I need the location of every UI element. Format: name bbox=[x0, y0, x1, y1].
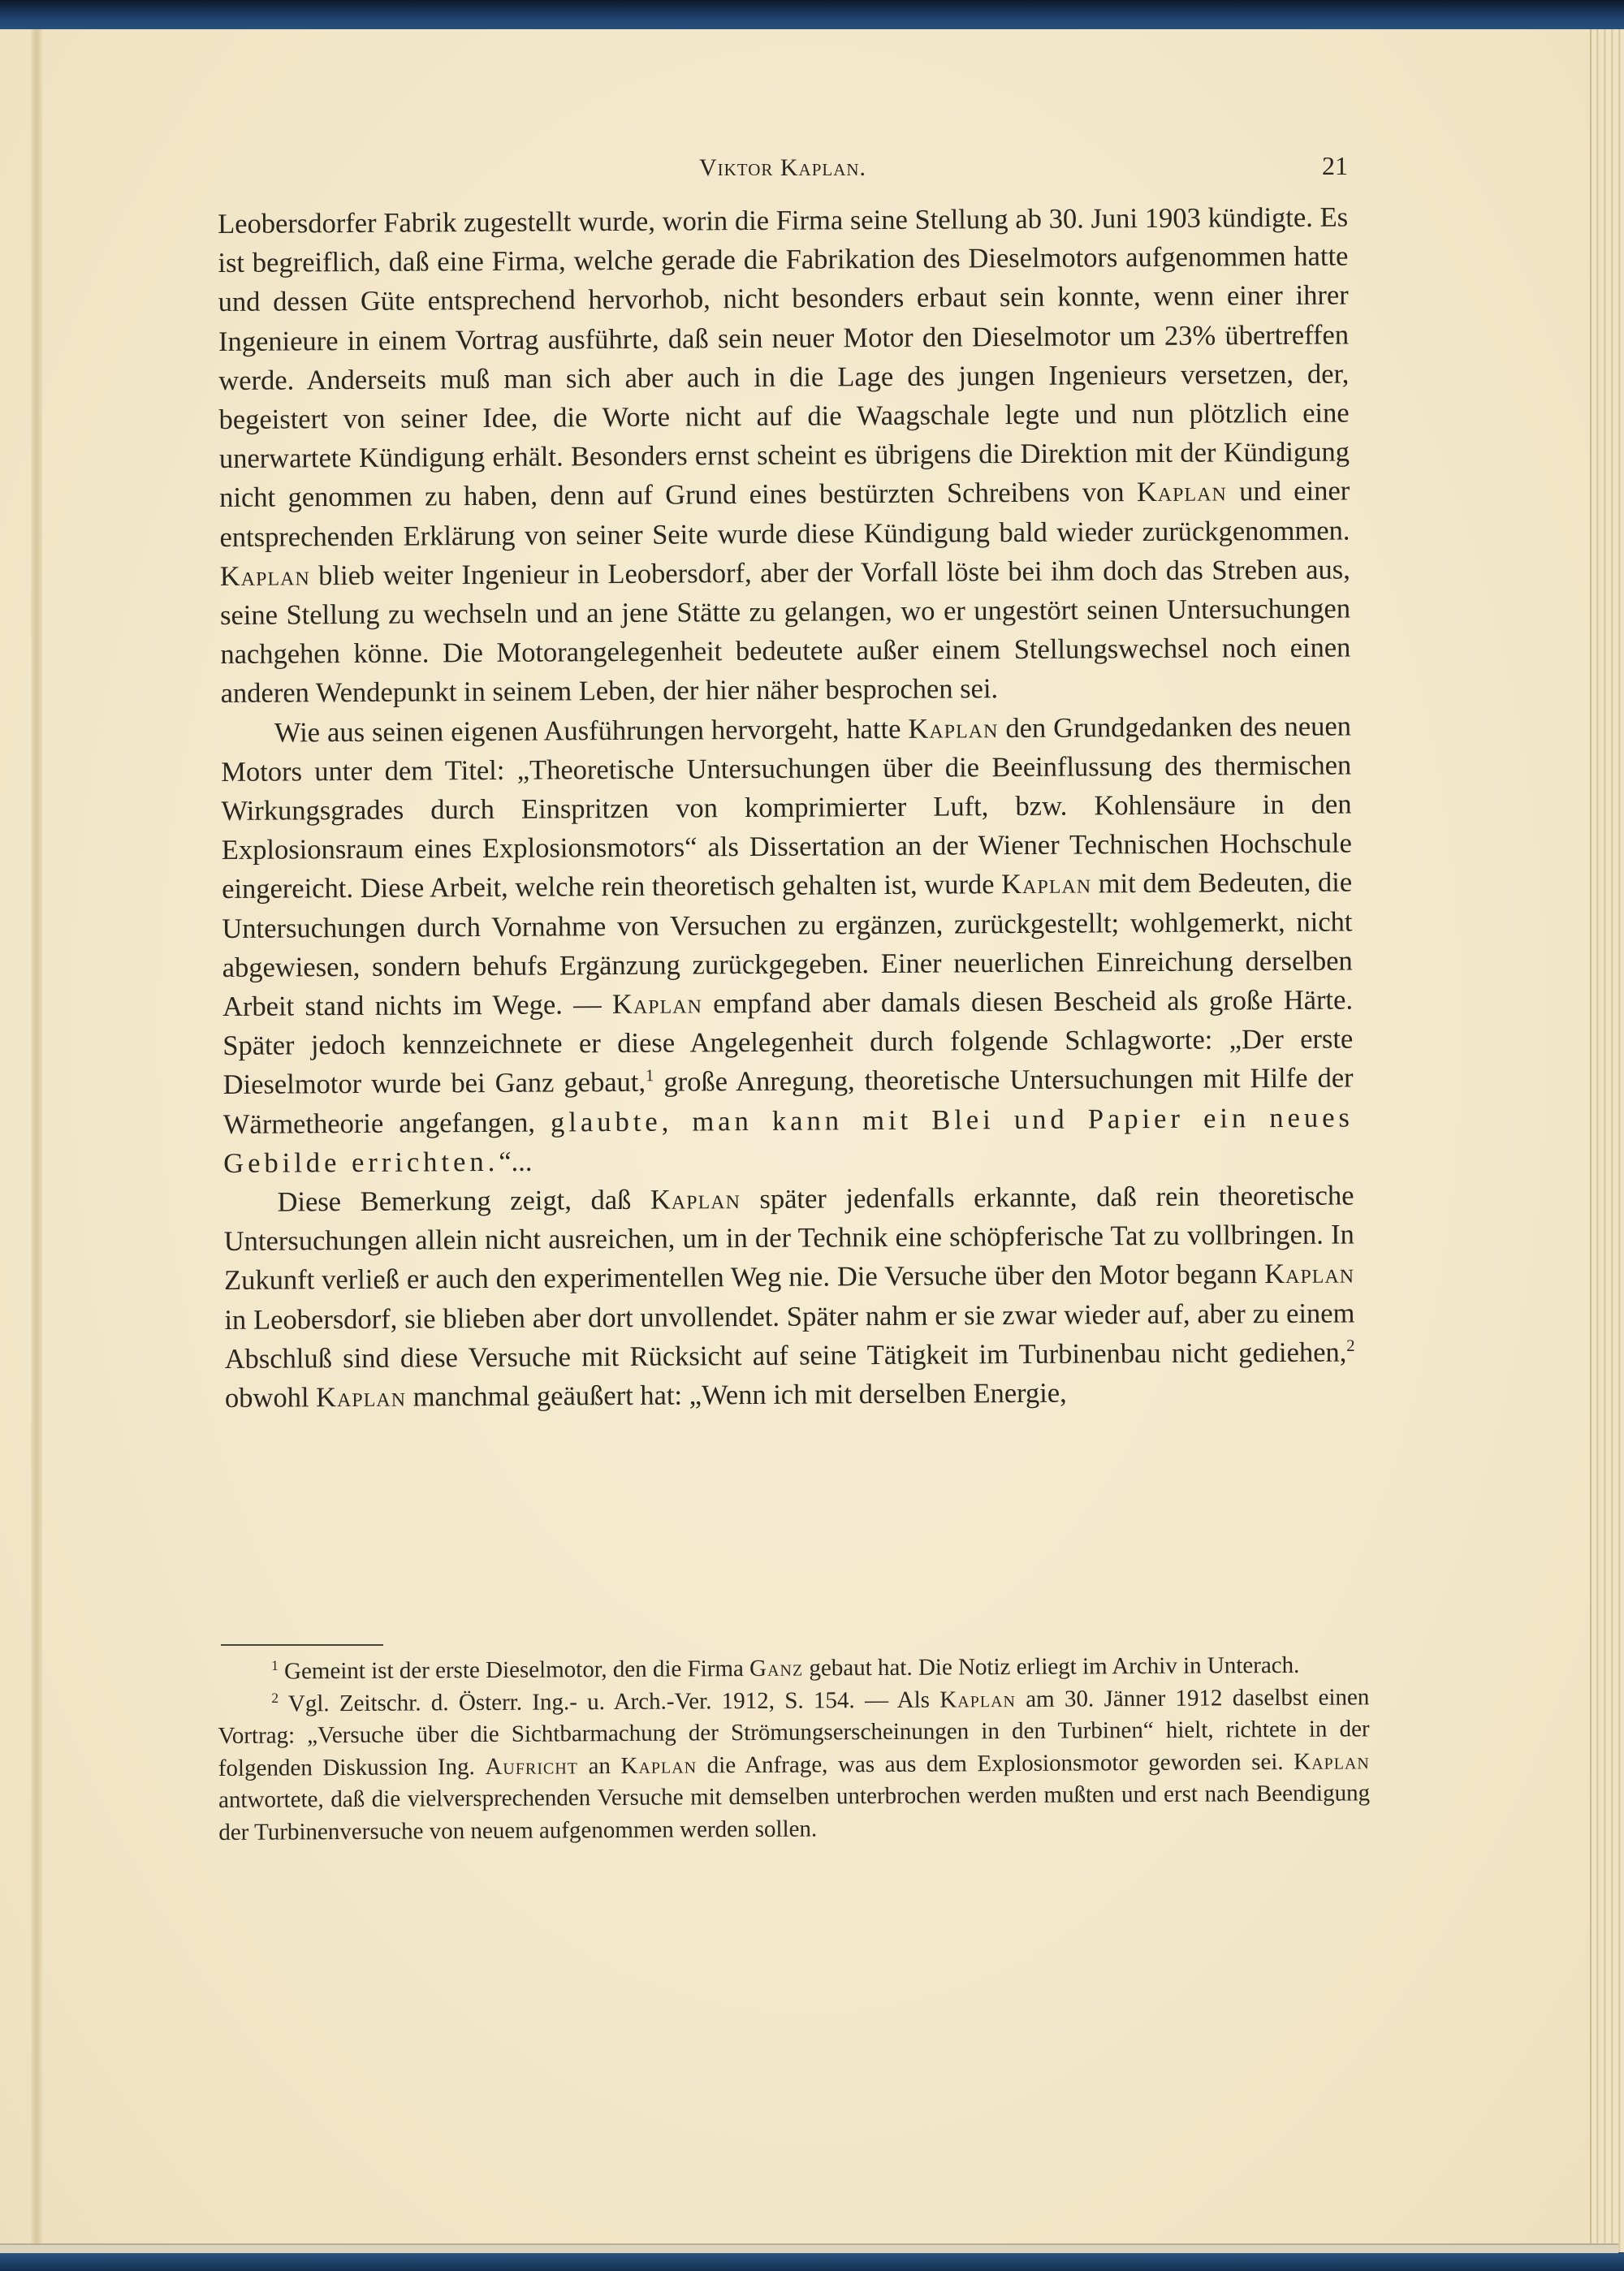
text-run: blieb weiter Ingenieur in Leobersdorf, a… bbox=[220, 554, 1351, 709]
footnote-divider bbox=[221, 1644, 383, 1646]
name-kaplan: Kaplan bbox=[220, 560, 310, 592]
text-run: Gemeint ist der erste Dieselmotor, den d… bbox=[279, 1656, 749, 1685]
book-cover-bottom bbox=[0, 2253, 1624, 2271]
footnote-2: 2 Vgl. Zeitschr. d. Österr. Ing.- u. Arc… bbox=[218, 1682, 1370, 1849]
text-run: Vgl. Zeitschr. d. Österr. Ing.- u. Arch.… bbox=[279, 1686, 939, 1716]
book-cover-top bbox=[0, 0, 1624, 32]
name-kaplan: Kaplan bbox=[650, 1184, 741, 1215]
paragraph-2: Wie aus seinen eigenen Ausführungen herv… bbox=[221, 706, 1354, 1183]
name-kaplan: Kaplan bbox=[316, 1382, 406, 1414]
page-gutter bbox=[31, 29, 42, 2252]
page-number: 21 bbox=[1322, 151, 1348, 181]
paragraph-1: Leobersdorfer Fabrik zugestellt wurde, w… bbox=[218, 197, 1351, 713]
name-kaplan: Kaplan bbox=[1294, 1748, 1370, 1775]
name-ganz: Ganz bbox=[749, 1656, 803, 1682]
page-header: Viktor Kaplan. 21 bbox=[218, 154, 1348, 195]
footnote-number: 1 bbox=[271, 1657, 279, 1673]
footnotes: 1 Gemeint ist der erste Dieselmotor, den… bbox=[218, 1649, 1370, 1849]
name-kaplan: Kaplan bbox=[939, 1686, 1016, 1712]
name-kaplan: Kaplan bbox=[908, 713, 998, 745]
text-run: antwortete, daß die vielversprechenden V… bbox=[218, 1780, 1370, 1845]
paragraph-3: Diese Bemerkung zeigt, daß Kaplan später… bbox=[223, 1177, 1355, 1418]
name-kaplan: Kaplan bbox=[1264, 1259, 1354, 1290]
text-run: manchmal geäußert hat: „Wenn ich mit der… bbox=[406, 1378, 1067, 1413]
running-head: Viktor Kaplan. bbox=[218, 154, 1348, 182]
text-run: Wie aus seinen eigenen Ausführungen herv… bbox=[274, 713, 909, 748]
body-text: Leobersdorfer Fabrik zugestellt wurde, w… bbox=[218, 197, 1355, 1418]
page-bottom-edge bbox=[0, 2243, 1618, 2253]
text-run: Leobersdorfer Fabrik zugestellt wurde, w… bbox=[218, 201, 1350, 513]
name-aufricht: Aufricht bbox=[485, 1753, 578, 1780]
text-run: in Leobersdorf, sie blieben aber dort un… bbox=[224, 1297, 1354, 1375]
text-run: obwohl bbox=[225, 1382, 316, 1414]
text-run: die Anfrage, was aus dem Explosionsmotor… bbox=[697, 1748, 1294, 1777]
footnote-ref-2[interactable]: 2 bbox=[1346, 1337, 1354, 1355]
footnote-number: 2 bbox=[271, 1689, 279, 1705]
text-run: “... bbox=[499, 1146, 532, 1177]
name-kaplan: Kaplan bbox=[612, 988, 702, 1020]
text-run: Diese Bemerkung zeigt, daß bbox=[277, 1185, 650, 1218]
text-run: an bbox=[578, 1752, 621, 1778]
page-edge-stack bbox=[1590, 29, 1624, 2252]
name-kaplan: Kaplan bbox=[620, 1752, 697, 1779]
name-kaplan: Kaplan bbox=[1001, 869, 1091, 900]
text-run: gebaut hat. Die Notiz erliegt im Archiv … bbox=[803, 1652, 1299, 1682]
name-kaplan: Kaplan bbox=[1137, 477, 1227, 508]
footnote-ref-1[interactable]: 1 bbox=[646, 1068, 654, 1086]
